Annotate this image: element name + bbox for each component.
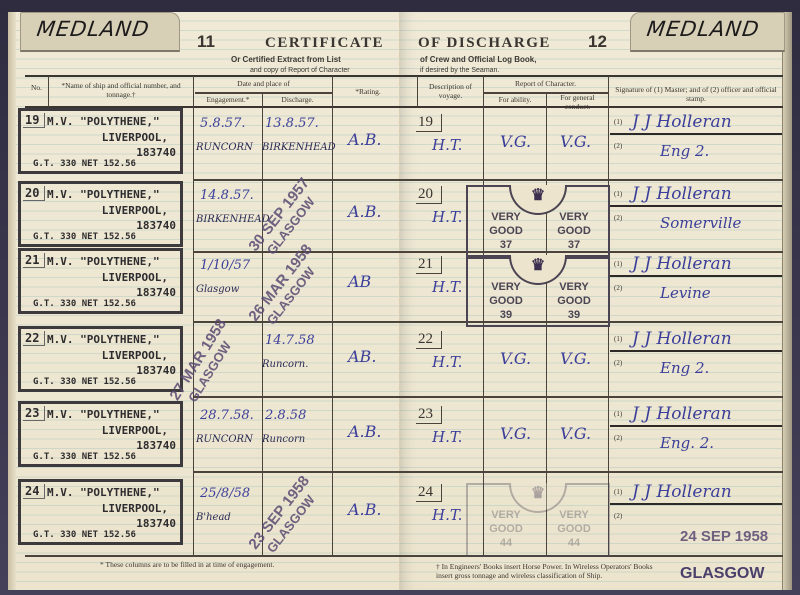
sig-mark-1: (1)	[614, 335, 622, 343]
table-top-rule	[25, 75, 783, 77]
engagement-place: BIRKENHEAD	[196, 214, 270, 225]
sig-mark-2: (2)	[614, 142, 622, 150]
signature-rule	[610, 425, 782, 427]
title-right: OF DISCHARGE	[418, 35, 551, 52]
tonnage: G.T. 330 NET 152.56	[33, 232, 136, 242]
ship-stamp: 21 M.V. "POLYTHENE," LIVERPOOL, 183740 G…	[18, 248, 183, 314]
ship-stamp: 22 M.V. "POLYTHENE," LIVERPOOL, 183740 G…	[18, 326, 183, 392]
engagement-date: 25/8/58	[200, 486, 250, 501]
rating: A.B.	[348, 500, 381, 519]
col-header-ability: For ability.	[484, 96, 546, 105]
voyage-number: 20	[416, 186, 442, 204]
ability-stamp: VERYGOOD44	[474, 485, 538, 555]
conduct-report: V.G.	[560, 349, 591, 368]
official-number: 183740	[136, 364, 176, 377]
sig-mark-1: (1)	[614, 190, 622, 198]
discharge-place: Runcorn.	[262, 359, 308, 370]
entry-number: 21	[23, 253, 45, 268]
ship-port: LIVERPOOL,	[102, 204, 168, 217]
glasgow-stamp: GLASGOW	[680, 565, 764, 583]
character-stamp: ♛ VERYGOOD37 VERYGOOD37	[466, 185, 610, 259]
officer-signature: Levine	[660, 284, 711, 302]
col-header-date-place: Date and place of	[195, 80, 332, 89]
ship-name: M.V. "POLYTHENE,"	[47, 333, 160, 346]
col-header-signature: Signature of (1) Master; and of (2) offi…	[612, 86, 780, 103]
tonnage: G.T. 330 NET 152.56	[33, 530, 136, 540]
col-header-no: No.	[25, 84, 48, 93]
discharge-date: 14.7.58	[265, 333, 315, 348]
rating: AB.	[348, 347, 376, 366]
row-divider	[193, 471, 783, 473]
signature-rule	[610, 350, 782, 352]
tonnage: G.T. 330 NET 152.56	[33, 377, 136, 387]
engagement-place: RUNCORN	[196, 142, 253, 153]
subtitle-left-2: and copy of Report of Character	[250, 67, 350, 74]
col-header-discharge: Discharge.	[263, 96, 332, 105]
ship-port: LIVERPOOL,	[102, 349, 168, 362]
signature-date-stamp: 24 SEP 1958	[680, 528, 768, 545]
ability-report: V.G.	[500, 424, 531, 443]
sig-mark-1: (1)	[614, 488, 622, 496]
official-number: 183740	[136, 146, 176, 159]
col-header-ship: *Name of ship and official number, and t…	[52, 82, 190, 99]
name-tab-right: MEDLAND	[630, 12, 785, 52]
voyage-number: 19	[416, 114, 442, 132]
officer-signature: Eng 2.	[660, 359, 709, 377]
sig-mark-1: (1)	[614, 118, 622, 126]
engagement-date: 1/10/57	[200, 258, 250, 273]
master-signature: J J Holleran	[632, 112, 732, 132]
ship-port: LIVERPOOL,	[102, 271, 168, 284]
voyage-description: H.T.	[432, 136, 462, 154]
ship-name: M.V. "POLYTHENE,"	[47, 408, 160, 421]
voyage-number: 22	[416, 331, 442, 349]
ability-stamp: VERYGOOD39	[474, 257, 538, 325]
tonnage: G.T. 330 NET 152.56	[33, 159, 136, 169]
voyage-description: H.T.	[432, 208, 462, 226]
voyage-description: H.T.	[432, 278, 462, 296]
voyage-description: H.T.	[432, 353, 462, 371]
sig-mark-1: (1)	[614, 410, 622, 418]
sig-mark-2: (2)	[614, 434, 622, 442]
engagement-date: 5.8.57.	[200, 116, 245, 131]
entry-number: 23	[23, 406, 45, 421]
signature-rule	[610, 205, 782, 207]
officer-signature: Somerville	[660, 214, 741, 232]
row-divider	[193, 396, 783, 398]
discharge-date: 13.8.57.	[265, 116, 319, 131]
discharge-place: BIRKENHEAD	[262, 142, 336, 153]
title-left: CERTIFICATE	[265, 35, 384, 52]
voyage-description: H.T.	[432, 506, 462, 524]
conduct-stamp: VERYGOOD37	[542, 187, 606, 257]
col-header-conduct: For general conduct.	[547, 94, 608, 111]
conduct-report: V.G.	[560, 424, 591, 443]
col-divider	[193, 76, 194, 556]
tonnage: G.T. 330 NET 152.56	[33, 299, 136, 309]
ship-stamp: 23 M.V. "POLYTHENE," LIVERPOOL, 183740 G…	[18, 401, 183, 467]
ship-stamp: 20 M.V. "POLYTHENE," LIVERPOOL, 183740 G…	[18, 181, 183, 247]
entry-number: 20	[23, 186, 45, 201]
sig-mark-2: (2)	[614, 214, 622, 222]
sig-mark-1: (1)	[614, 260, 622, 268]
ship-port: LIVERPOOL,	[102, 502, 168, 515]
sig-mark-2: (2)	[614, 284, 622, 292]
ship-name: M.V. "POLYTHENE,"	[47, 115, 160, 128]
tonnage: G.T. 330 NET 152.56	[33, 452, 136, 462]
engagement-date: 28.7.58.	[200, 408, 254, 423]
col-header-engagement: Engagement.*	[194, 96, 262, 105]
name-tab-left: MEDLAND	[20, 12, 180, 52]
character-stamp: ♛ VERYGOOD44 VERYGOOD44	[466, 483, 610, 557]
ability-stamp: VERYGOOD37	[474, 187, 538, 257]
ship-name: M.V. "POLYTHENE,"	[47, 188, 160, 201]
conduct-stamp: VERYGOOD44	[542, 485, 606, 555]
entry-number: 22	[23, 331, 45, 346]
ship-port: LIVERPOOL,	[102, 131, 168, 144]
voyage-description: H.T.	[432, 428, 462, 446]
character-stamp: ♛ VERYGOOD39 VERYGOOD39	[466, 255, 610, 327]
voyage-number: 21	[416, 256, 442, 274]
col-header-rating: *Rating.	[333, 88, 403, 97]
rating: A.B.	[348, 422, 381, 441]
page-number-left: 11	[197, 32, 215, 52]
page-edge-right	[782, 12, 792, 590]
ability-report: V.G.	[500, 349, 531, 368]
rating: A.B.	[348, 202, 381, 221]
subtitle-right-1: of Crew and Official Log Book,	[420, 55, 536, 64]
officer-signature: Eng. 2.	[660, 434, 714, 452]
conduct-report: V.G.	[560, 132, 591, 151]
voyage-number: 23	[416, 406, 442, 424]
conduct-stamp: VERYGOOD39	[542, 257, 606, 325]
ship-stamp: 24 M.V. "POLYTHENE," LIVERPOOL, 183740 G…	[18, 479, 183, 545]
rating: AB	[348, 272, 371, 291]
ship-name: M.V. "POLYTHENE,"	[47, 255, 160, 268]
master-signature: J J Holleran	[632, 254, 732, 274]
officer-signature: Eng 2.	[660, 142, 709, 160]
ship-port: LIVERPOOL,	[102, 424, 168, 437]
col-divider	[48, 76, 49, 107]
footnote-right: † In Engineers' Books insert Horse Power…	[436, 562, 656, 580]
ship-name: M.V. "POLYTHENE,"	[47, 486, 160, 499]
col-header-report: Report of Character.	[483, 80, 608, 89]
entry-number: 19	[23, 113, 45, 128]
official-number: 183740	[136, 219, 176, 232]
table-bottom-rule	[25, 555, 783, 557]
date-subheader-rule	[195, 92, 332, 94]
engagement-place: Glasgow	[196, 284, 239, 295]
master-signature: J J Holleran	[632, 404, 732, 424]
signature-rule	[610, 133, 782, 135]
master-signature: J J Holleran	[632, 184, 732, 204]
official-number: 183740	[136, 439, 176, 452]
engagement-place: B'head	[196, 512, 231, 523]
seaman-name-left: MEDLAND	[35, 17, 151, 41]
discharge-place: Runcorn	[262, 434, 305, 445]
col-header-voyage: Description of voyage.	[418, 83, 483, 100]
seaman-name-right: MEDLAND	[645, 17, 761, 41]
master-signature: J J Holleran	[632, 329, 732, 349]
subtitle-left-1: Or Certified Extract from List	[231, 55, 341, 64]
master-signature: J J Holleran	[632, 482, 732, 502]
discharge-date: 2.8.58	[265, 408, 306, 423]
engagement-date: 14.8.57.	[200, 188, 254, 203]
ability-report: V.G.	[500, 132, 531, 151]
page-edge-left	[8, 12, 16, 590]
rating: A.B.	[348, 130, 381, 149]
subtitle-right-2: if desired by the Seaman.	[420, 67, 499, 74]
ship-stamp: 19 M.V. "POLYTHENE," LIVERPOOL, 183740 G…	[18, 108, 183, 174]
footnote-left: * These columns are to be filled in at t…	[100, 560, 274, 569]
engagement-place: RUNCORN	[196, 434, 253, 445]
signature-rule	[610, 503, 782, 505]
page-number-right: 12	[588, 32, 607, 52]
sig-mark-2: (2)	[614, 512, 622, 520]
sig-mark-2: (2)	[614, 359, 622, 367]
official-number: 183740	[136, 517, 176, 530]
row-divider	[193, 179, 783, 181]
signature-rule	[610, 275, 782, 277]
entry-number: 24	[23, 484, 45, 499]
voyage-number: 24	[416, 484, 442, 502]
official-number: 183740	[136, 286, 176, 299]
